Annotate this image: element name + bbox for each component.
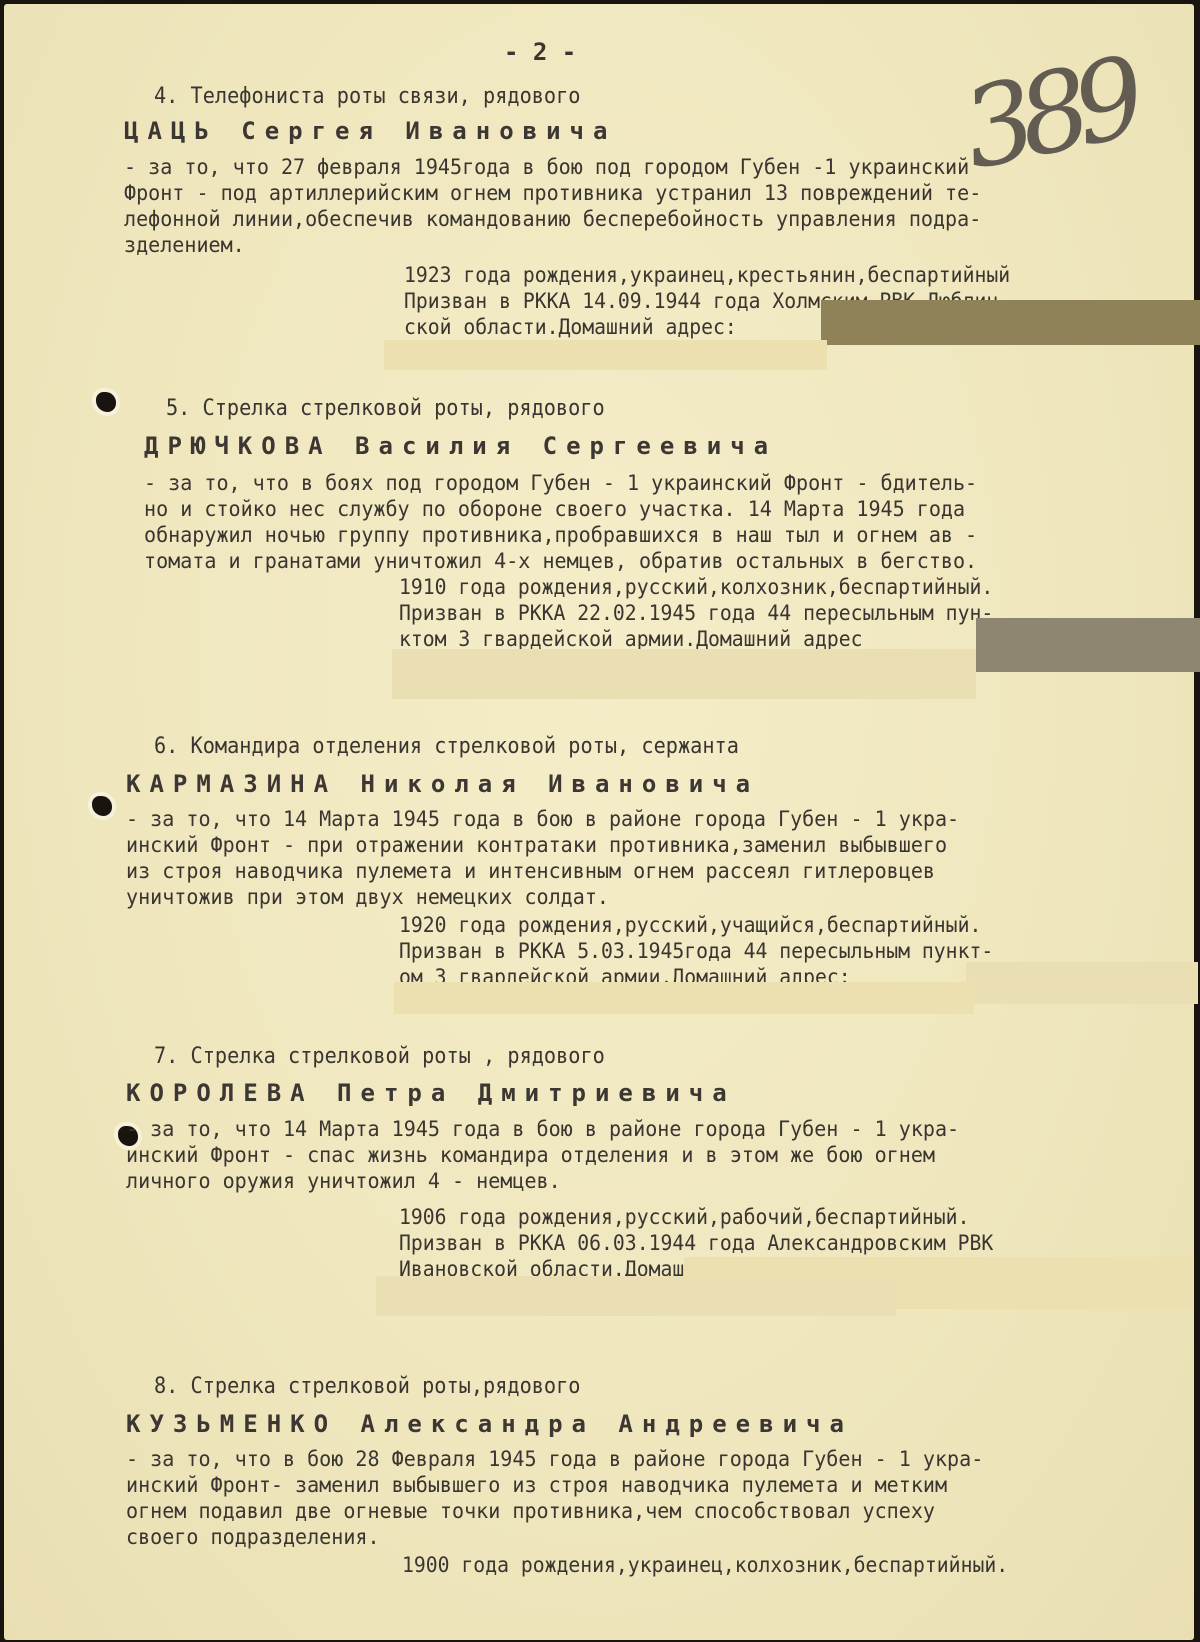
document-page: - 2 - 389 4. Телефониста роты связи, ряд…: [4, 4, 1194, 1640]
entry-header: 6. Командира отделения стрелковой роты, …: [154, 734, 739, 759]
entry-name: ДРЮЧКОВА Василия Сергеевича: [144, 432, 777, 460]
entry-citation: - за то, что 14 Марта 1945 года в бою в …: [126, 806, 959, 910]
entry-bio: 1900 года рождения,украинец,колхозник,бе…: [402, 1552, 1008, 1578]
redaction-box: [821, 300, 1200, 345]
redaction-box: [376, 1276, 896, 1316]
punch-hole-icon: [96, 392, 116, 412]
entry-header: 4. Телефониста роты связи, рядового: [154, 84, 581, 109]
redaction-box: [384, 340, 827, 370]
redaction-box: [976, 618, 1200, 672]
entry-name: КУЗЬМЕНКО Александра Андреевича: [126, 1410, 853, 1438]
entry-header: 8. Стрелка стрелковой роты,рядового: [154, 1374, 581, 1399]
entry-header: 7. Стрелка стрелковой роты , рядового: [154, 1044, 605, 1069]
entry-name: КОРОЛЕВА Петра Дмитриевича: [126, 1079, 736, 1107]
entry-header: 5. Стрелка стрелковой роты, рядового: [166, 396, 605, 421]
entry-citation: - за то, что в боях под городом Губен - …: [144, 470, 977, 574]
redaction-box: [392, 649, 976, 699]
entry-citation: - за то, что 14 Марта 1945 года в бою в …: [126, 1116, 959, 1194]
entry-name: ЦАЦЬ Сергея Ивановича: [124, 117, 616, 145]
entry-name: КАРМАЗИНА Николая Ивановича: [126, 770, 759, 798]
entry-citation: - за то, что в бою 28 Февраля 1945 года …: [126, 1446, 983, 1550]
redaction-box: [394, 982, 974, 1014]
entry-bio: 1910 года рождения,русский,колхозник,бес…: [399, 574, 993, 652]
page-number: - 2 -: [504, 38, 576, 66]
entry-citation: - за то, что 27 февраля 1945года в бою п…: [124, 154, 981, 258]
punch-hole-icon: [92, 796, 112, 816]
entry-bio: 1920 года рождения,русский,учащийся,бесп…: [399, 912, 993, 990]
redaction-box: [966, 962, 1198, 1004]
